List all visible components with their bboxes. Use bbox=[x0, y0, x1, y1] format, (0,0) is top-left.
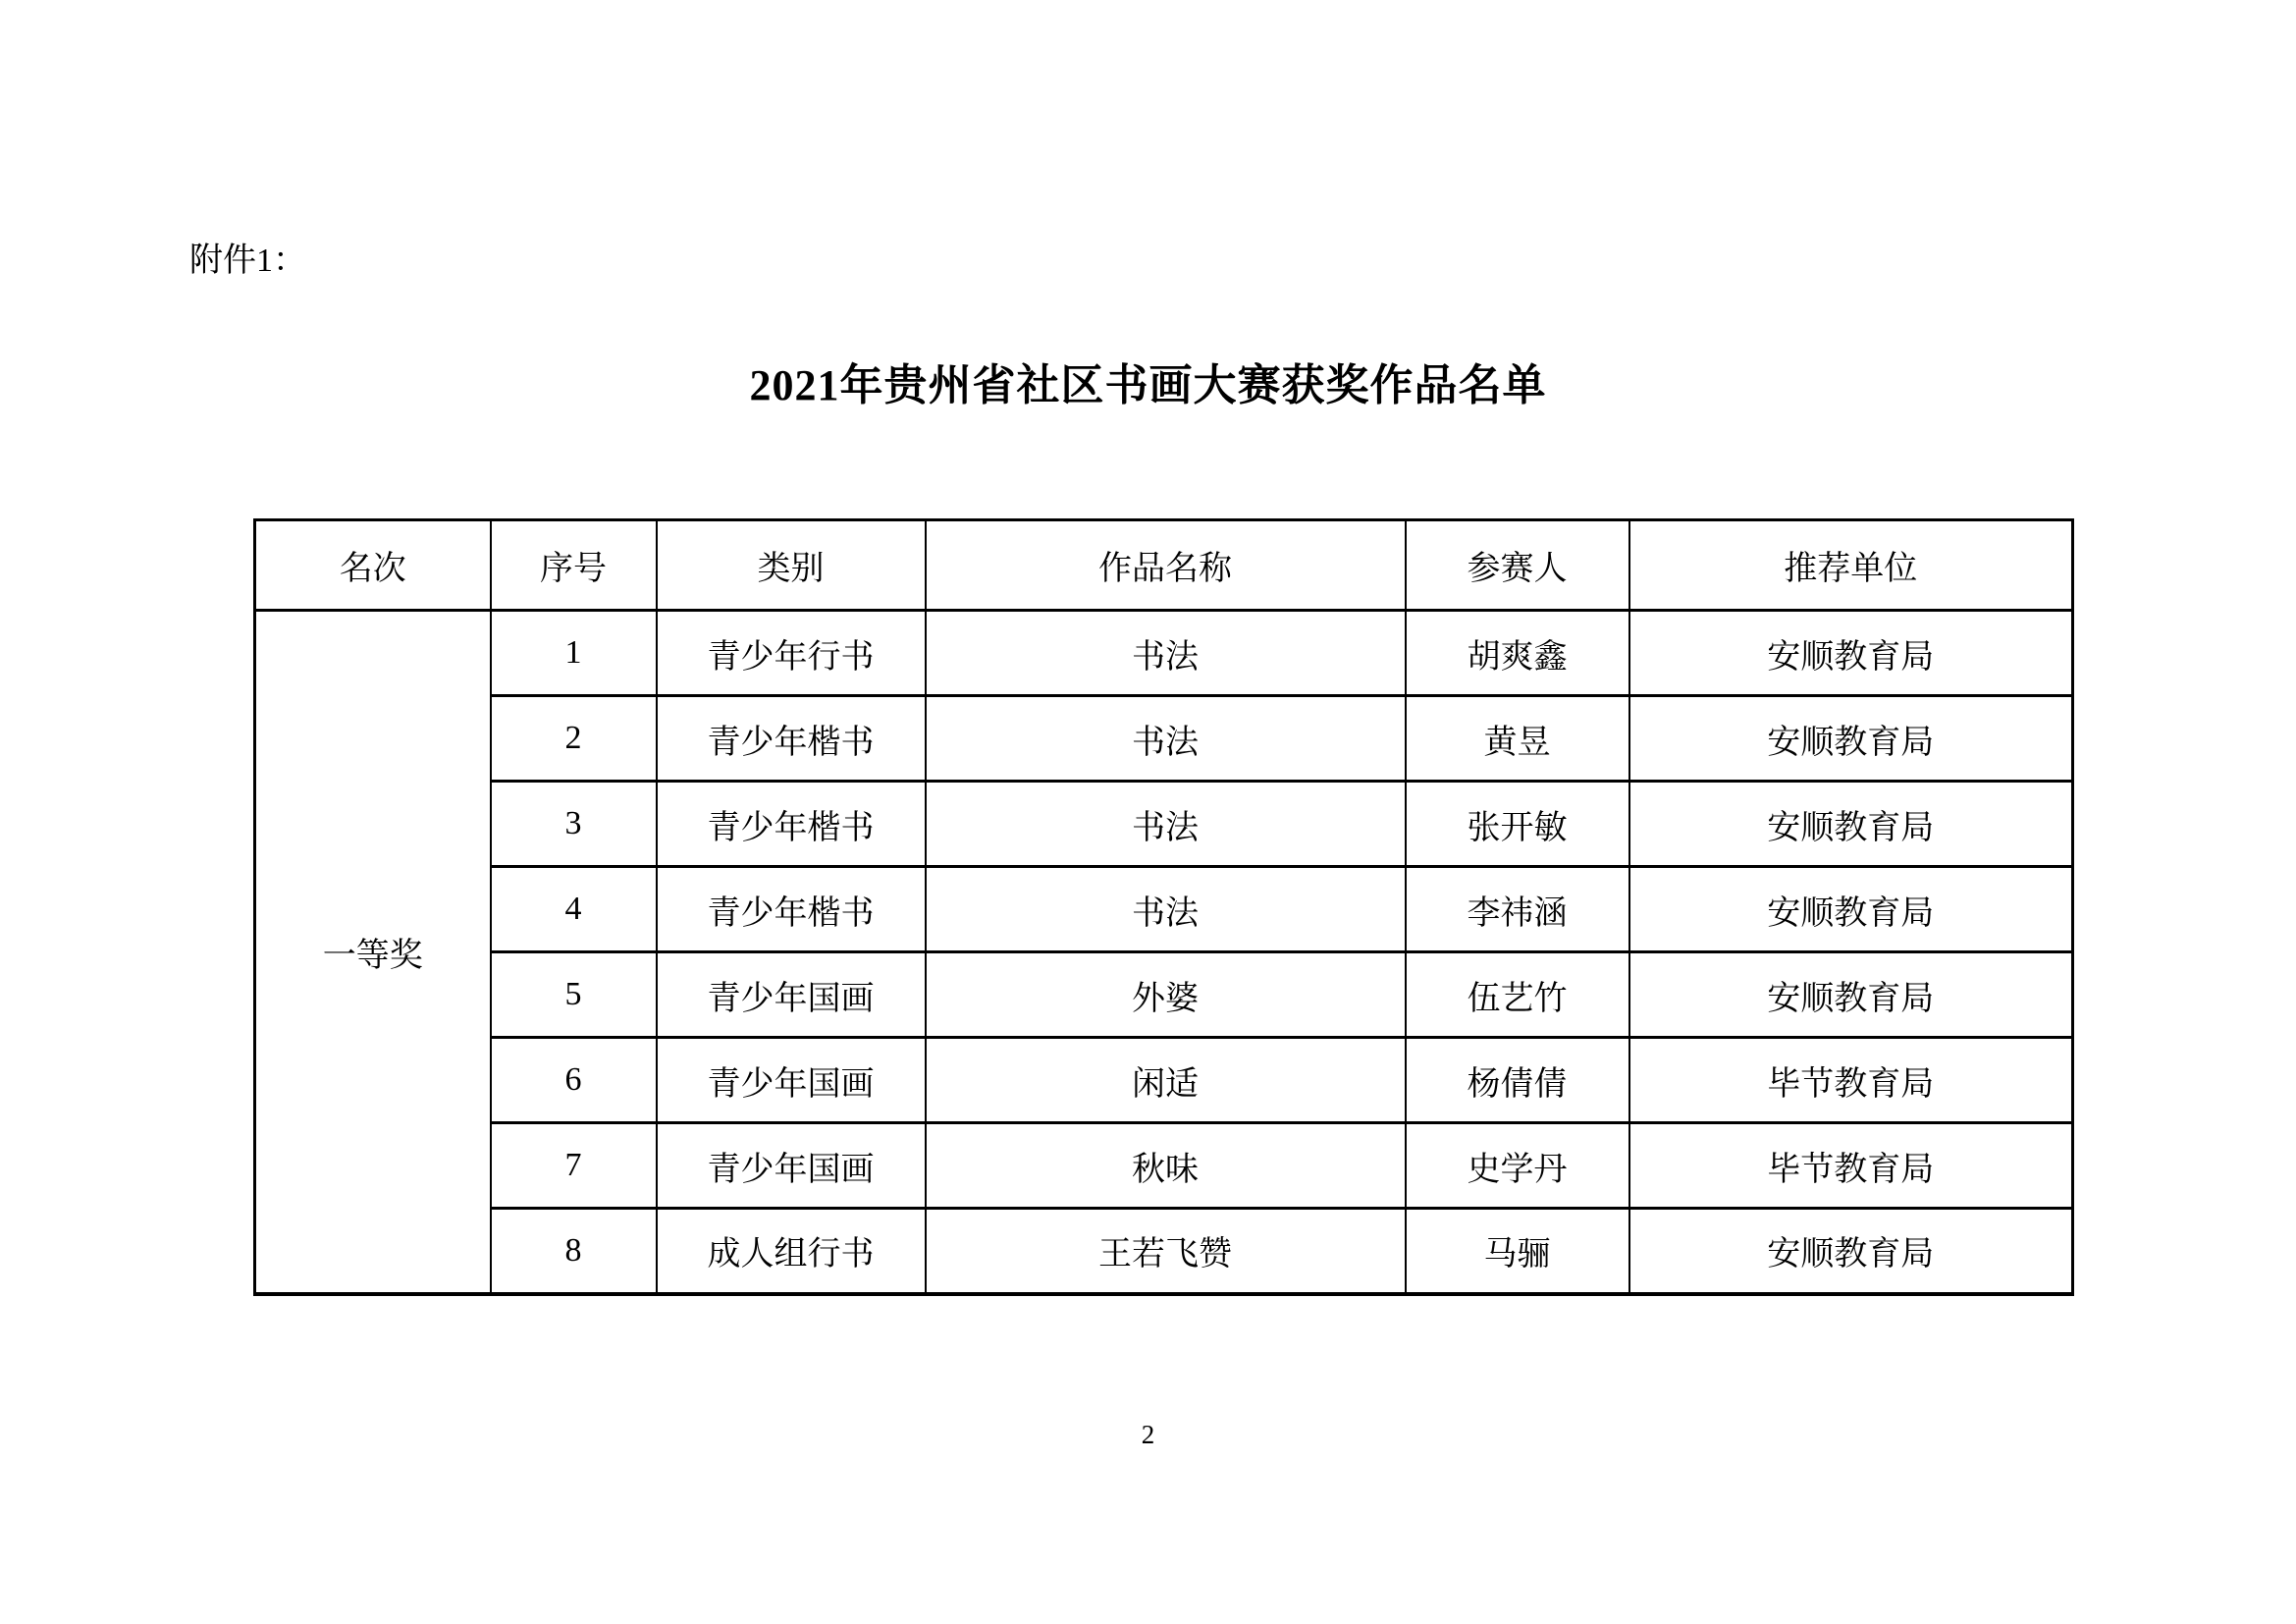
cell-rank-group: 一等奖 bbox=[255, 611, 491, 1294]
table-row: 2 青少年楷书 书法 黄昱 安顺教育局 bbox=[255, 696, 2073, 782]
table-row: 4 青少年楷书 书法 李祎涵 安顺教育局 bbox=[255, 867, 2073, 952]
cell-category: 青少年国画 bbox=[657, 952, 926, 1038]
attachment-label: 附件1： bbox=[189, 242, 306, 282]
page-number: 2 bbox=[0, 1420, 2296, 1450]
cell-work-title: 王若飞赞 bbox=[926, 1209, 1406, 1294]
header-category: 类别 bbox=[657, 520, 926, 611]
cell-work-title: 书法 bbox=[926, 611, 1406, 696]
table-row: 8 成人组行书 王若飞赞 马骊 安顺教育局 bbox=[255, 1209, 2073, 1294]
cell-category: 青少年楷书 bbox=[657, 696, 926, 782]
cell-unit: 安顺教育局 bbox=[1629, 1209, 2073, 1294]
cell-category: 青少年行书 bbox=[657, 611, 926, 696]
table-row: 5 青少年国画 外婆 伍艺竹 安顺教育局 bbox=[255, 952, 2073, 1038]
cell-serial: 7 bbox=[491, 1123, 657, 1209]
cell-work-title: 外婆 bbox=[926, 952, 1406, 1038]
cell-work-title: 秋味 bbox=[926, 1123, 1406, 1209]
cell-unit: 安顺教育局 bbox=[1629, 696, 2073, 782]
table-header: 名次 序号 类别 作品名称 参赛人 推荐单位 bbox=[255, 520, 2073, 611]
cell-work-title: 闲适 bbox=[926, 1038, 1406, 1123]
cell-unit: 安顺教育局 bbox=[1629, 867, 2073, 952]
cell-participant: 伍艺竹 bbox=[1406, 952, 1629, 1038]
table-row: 6 青少年国画 闲适 杨倩倩 毕节教育局 bbox=[255, 1038, 2073, 1123]
cell-category: 青少年楷书 bbox=[657, 867, 926, 952]
cell-participant: 张开敏 bbox=[1406, 782, 1629, 867]
cell-serial: 6 bbox=[491, 1038, 657, 1123]
cell-unit: 安顺教育局 bbox=[1629, 782, 2073, 867]
header-serial: 序号 bbox=[491, 520, 657, 611]
cell-category: 青少年国画 bbox=[657, 1123, 926, 1209]
header-unit: 推荐单位 bbox=[1629, 520, 2073, 611]
cell-serial: 3 bbox=[491, 782, 657, 867]
cell-serial: 4 bbox=[491, 867, 657, 952]
cell-serial: 1 bbox=[491, 611, 657, 696]
cell-participant: 史学丹 bbox=[1406, 1123, 1629, 1209]
cell-serial: 5 bbox=[491, 952, 657, 1038]
header-work-title: 作品名称 bbox=[926, 520, 1406, 611]
cell-participant: 胡爽鑫 bbox=[1406, 611, 1629, 696]
table-row: 3 青少年楷书 书法 张开敏 安顺教育局 bbox=[255, 782, 2073, 867]
cell-participant: 李祎涵 bbox=[1406, 867, 1629, 952]
cell-category: 青少年楷书 bbox=[657, 782, 926, 867]
cell-work-title: 书法 bbox=[926, 782, 1406, 867]
header-rank: 名次 bbox=[255, 520, 491, 611]
cell-unit: 毕节教育局 bbox=[1629, 1123, 2073, 1209]
cell-participant: 杨倩倩 bbox=[1406, 1038, 1629, 1123]
cell-category: 成人组行书 bbox=[657, 1209, 926, 1294]
cell-unit: 安顺教育局 bbox=[1629, 952, 2073, 1038]
cell-work-title: 书法 bbox=[926, 696, 1406, 782]
header-participant: 参赛人 bbox=[1406, 520, 1629, 611]
table-row: 一等奖1 青少年行书 书法 胡爽鑫 安顺教育局 bbox=[255, 611, 2073, 696]
cell-participant: 马骊 bbox=[1406, 1209, 1629, 1294]
cell-serial: 2 bbox=[491, 696, 657, 782]
award-table: 名次 序号 类别 作品名称 参赛人 推荐单位 一等奖1 青少年行书 书法 胡爽鑫… bbox=[253, 518, 2074, 1296]
cell-unit: 毕节教育局 bbox=[1629, 1038, 2073, 1123]
header-row: 名次 序号 类别 作品名称 参赛人 推荐单位 bbox=[255, 520, 2073, 611]
cell-participant: 黄昱 bbox=[1406, 696, 1629, 782]
document-page: 附件1： 2021年贵州省社区书画大赛获奖作品名单 名次 序号 类别 作品名称 … bbox=[0, 0, 2296, 1624]
table-body: 一等奖1 青少年行书 书法 胡爽鑫 安顺教育局 2 青少年楷书 书法 黄昱 安顺… bbox=[255, 611, 2073, 1294]
page-title: 2021年贵州省社区书画大赛获奖作品名单 bbox=[0, 350, 2296, 412]
award-table-container: 名次 序号 类别 作品名称 参赛人 推荐单位 一等奖1 青少年行书 书法 胡爽鑫… bbox=[253, 518, 2074, 1296]
cell-category: 青少年国画 bbox=[657, 1038, 926, 1123]
table-row: 7 青少年国画 秋味 史学丹 毕节教育局 bbox=[255, 1123, 2073, 1209]
cell-serial: 8 bbox=[491, 1209, 657, 1294]
cell-unit: 安顺教育局 bbox=[1629, 611, 2073, 696]
cell-work-title: 书法 bbox=[926, 867, 1406, 952]
